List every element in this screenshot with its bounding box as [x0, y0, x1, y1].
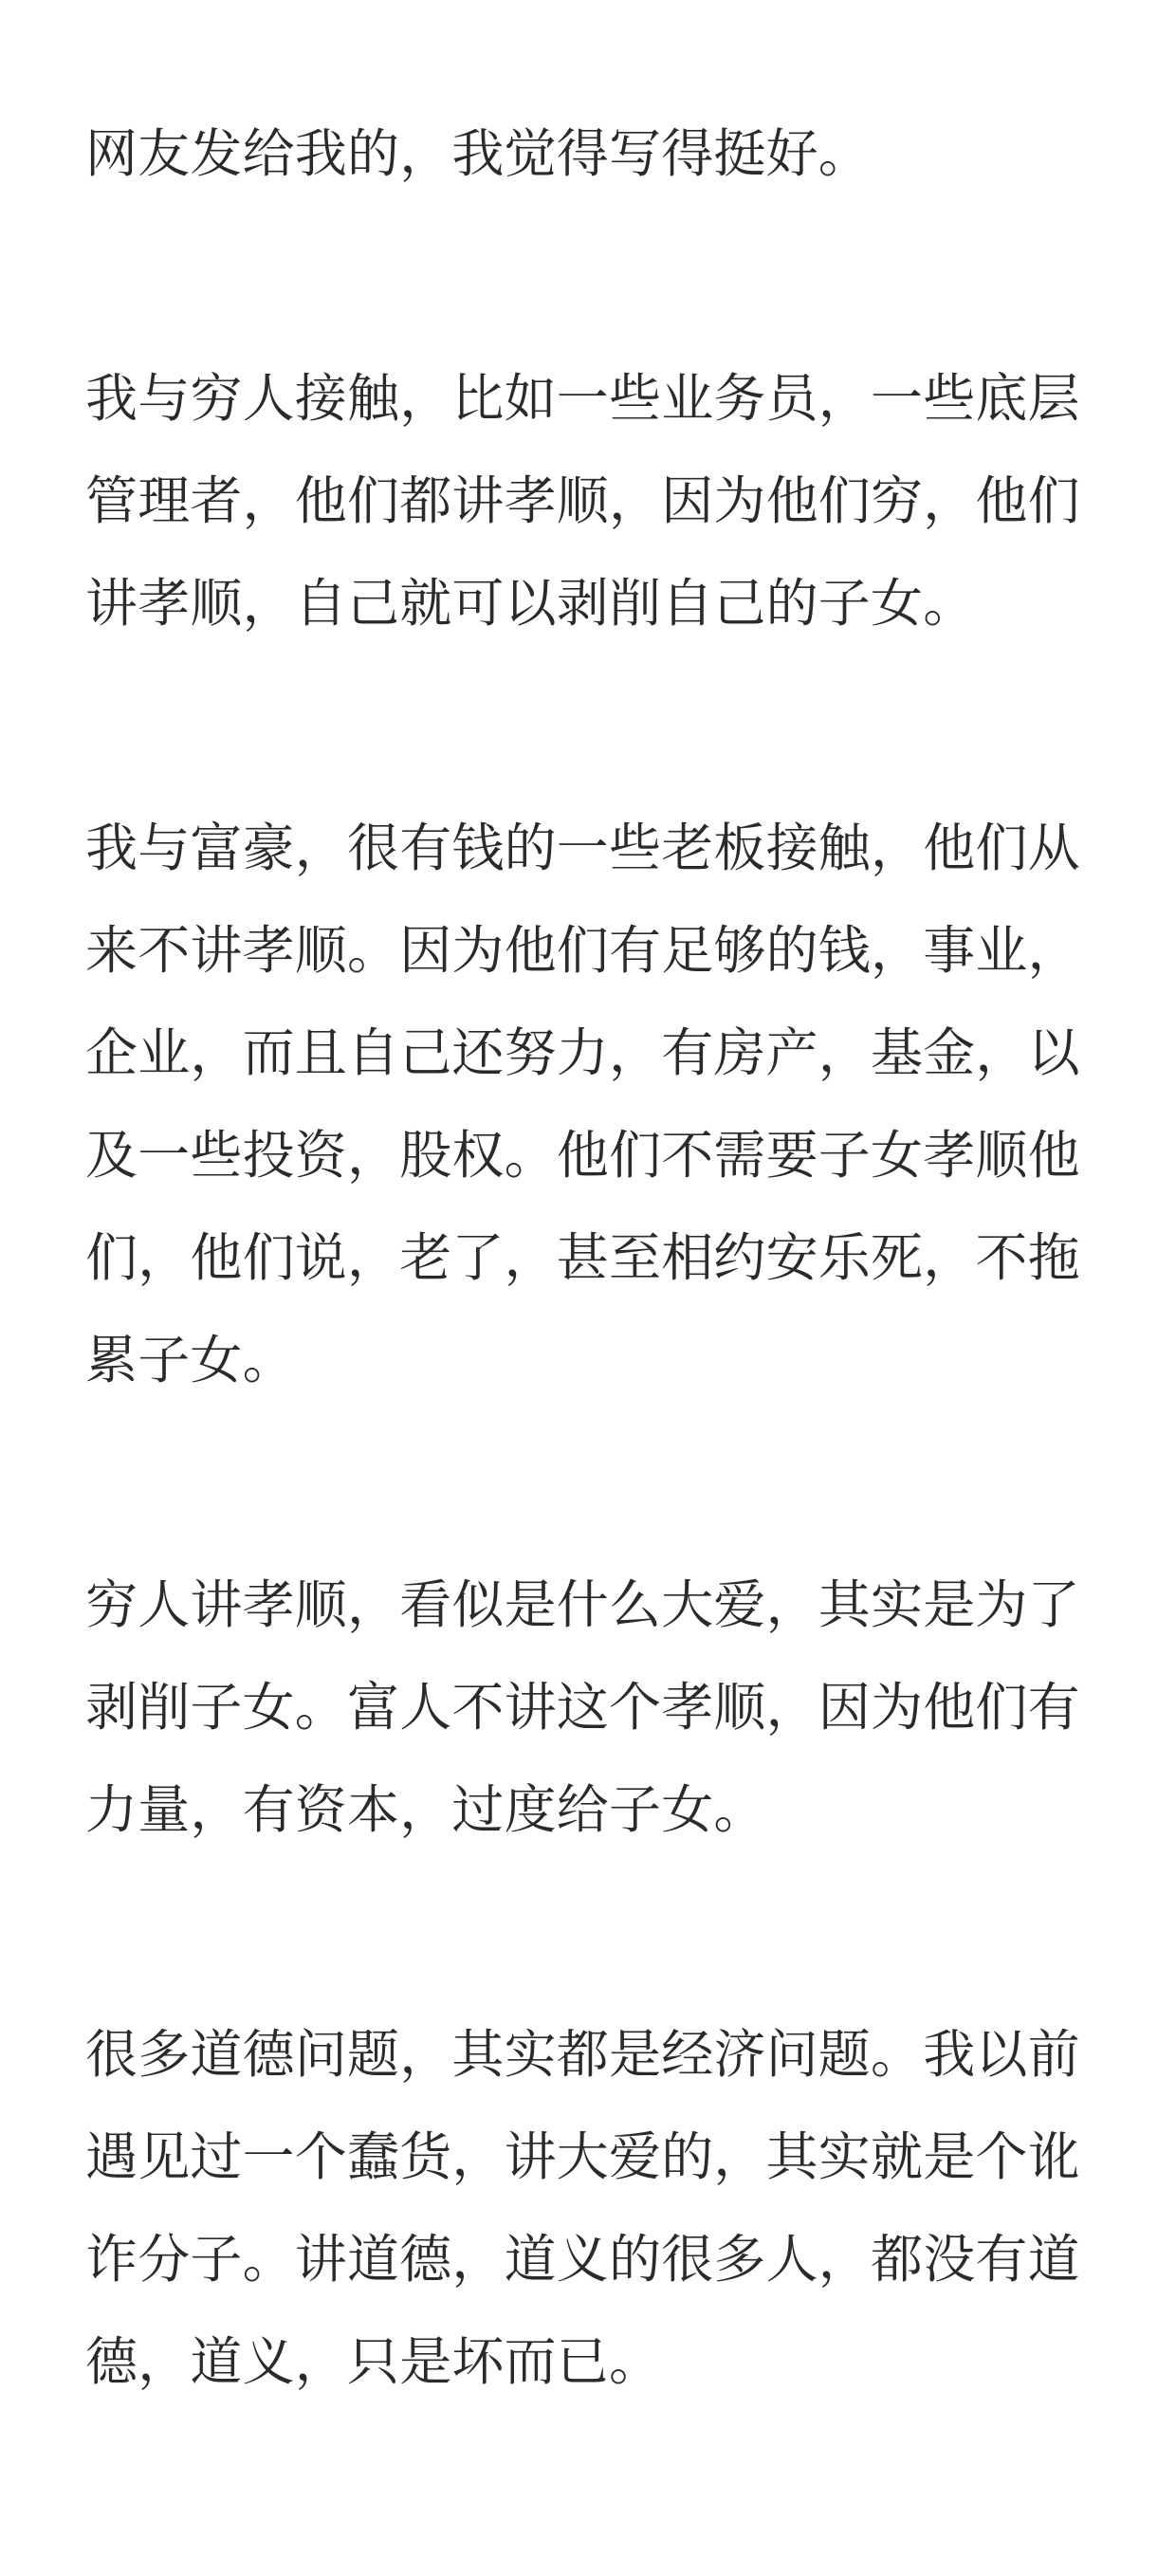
paragraph: 我与富豪，很有钱的一些老板接触，他们从 来不讲孝顺。因为他们有足够的钱，事业， …: [85, 797, 1093, 1411]
paragraph: 我与穷人接触，比如一些业务员，一些底层 管理者，他们都讲孝顺，因为他们穷，他们 …: [85, 347, 1093, 654]
paragraph: 很多道德问题，其实都是经济问题。我以前 遇见过一个蠢货，讲大爱的，其实就是个讹 …: [85, 2003, 1093, 2413]
article-body: 网友发给我的，我觉得写得挺好。我与穷人接触，比如一些业务员，一些底层 管理者，他…: [0, 0, 1176, 2413]
paragraph: 网友发给我的，我觉得写得挺好。: [85, 102, 1093, 205]
paragraph: 穷人讲孝顺，看似是什么大爱，其实是为了 剥削子女。富人不讲这个孝顺，因为他们有 …: [85, 1554, 1093, 1861]
